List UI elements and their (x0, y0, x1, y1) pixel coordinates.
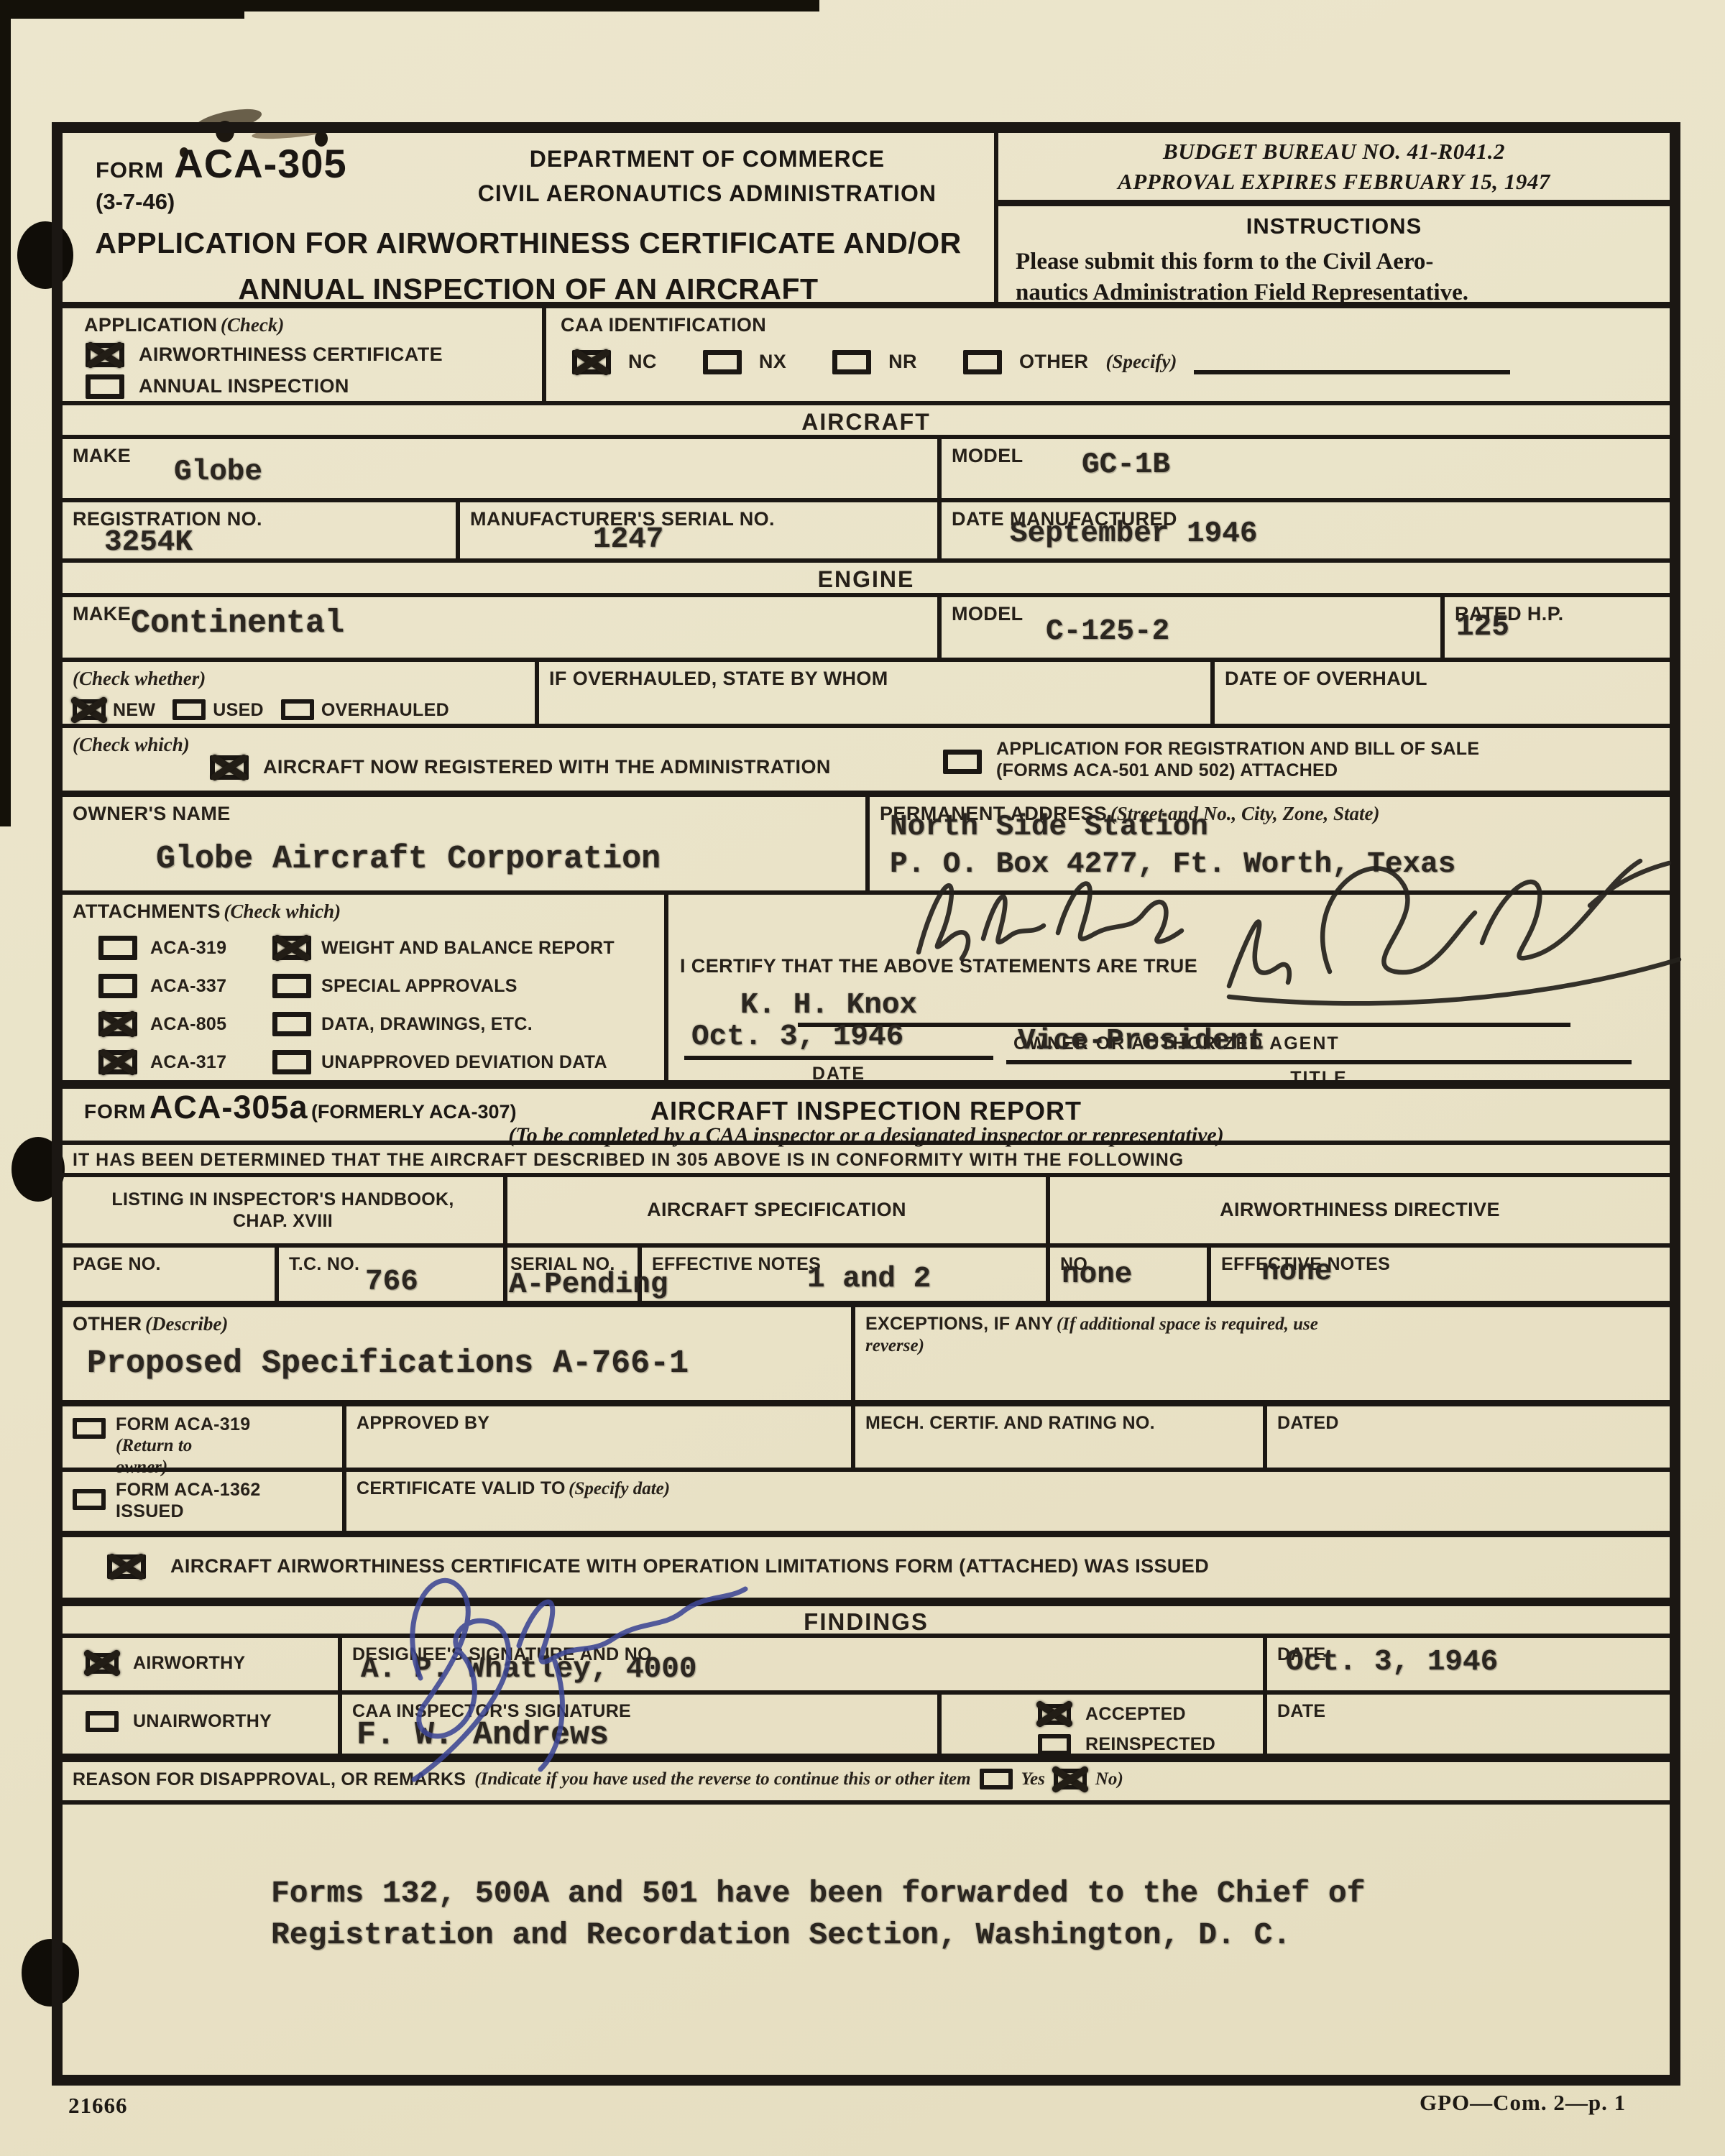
inspector-row: UNAIRWORTHY CAA INSPECTOR'S SIGNATURE F.… (63, 1690, 1670, 1754)
aircraft-section-title: AIRCRAFT (63, 405, 1670, 435)
inspector-date-label: DATE (1277, 1701, 1325, 1721)
approved-by-cell: APPROVED BY (346, 1406, 855, 1468)
form-word: FORM (96, 157, 164, 183)
spec-notes-label: EFFECTIVE NOTES (652, 1254, 821, 1274)
reverse-no-checkbox[interactable] (1054, 1769, 1087, 1789)
date-manufactured-value: September 1946 (1010, 518, 1257, 551)
aircraft-make-model-row: MAKE Globe MODEL GC-1B (63, 435, 1670, 498)
unairworthy-label: UNAIRWORTHY (133, 1710, 272, 1732)
caa-nx-checkbox[interactable] (703, 350, 742, 374)
tc-no-value: 766 (365, 1266, 418, 1299)
designee-row: AIRWORTHY DESIGNEE'S SIGNATURE AND NO. A… (63, 1634, 1670, 1690)
aircraft-model-cell: MODEL GC-1B (942, 439, 1670, 498)
engine-new-checkbox[interactable] (73, 699, 106, 720)
engine-make-value: Continental (131, 606, 344, 642)
aircraft-spec-header-cell: AIRCRAFT SPECIFICATION (507, 1177, 1050, 1243)
aircraft-make-value: Globe (174, 456, 262, 489)
certify-date-value: Oct. 3, 1946 (691, 1021, 903, 1054)
reverse-yes-label: Yes (1021, 1769, 1045, 1790)
overhauled-by-cell: IF OVERHAULED, STATE BY WHOM (539, 662, 1215, 724)
department-heading: DEPARTMENT OF COMMERCE CIVIL AERONAUTICS… (478, 142, 937, 211)
engine-overhauled-checkbox[interactable] (281, 699, 314, 720)
instructions-title: INSTRUCTIONS (998, 213, 1670, 239)
aca-317-label: ACA-317 (150, 1051, 272, 1073)
conformity-statement: IT HAS BEEN DETERMINED THAT THE AIRCRAFT… (73, 1150, 1184, 1170)
conformity-row: IT HAS BEEN DETERMINED THAT THE AIRCRAFT… (63, 1141, 1670, 1173)
mech-certif-label: MECH. CERTIF. AND RATING NO. (865, 1413, 1155, 1433)
other-label: OTHER (73, 1313, 142, 1335)
engine-condition-cell: (Check whether) NEW USED OVERHAULED (63, 662, 539, 724)
airworthy-cell: AIRWORTHY (63, 1638, 342, 1690)
designee-date-value: Oct. 3, 1946 (1286, 1646, 1498, 1680)
serial-value: 1247 (593, 524, 663, 557)
owner-row: OWNER'S NAME Globe Aircraft Corporation … (63, 791, 1670, 890)
form-aca319-label: FORM ACA-319 (Return to owner) (116, 1414, 250, 1462)
airworthy-label: AIRWORTHY (133, 1652, 245, 1674)
spec-header-row: LISTING IN INSPECTOR'S HANDBOOK, CHAP. X… (63, 1173, 1670, 1243)
engine-section-title: ENGINE (63, 563, 1670, 593)
form-title: APPLICATION FOR AIRWORTHINESS CERTIFICAT… (63, 221, 994, 312)
check-whether-label: (Check whether) (73, 668, 206, 689)
aca-337-checkbox[interactable] (98, 974, 137, 998)
annual-inspection-label: ANNUAL INSPECTION (139, 375, 349, 398)
registered-checkbox[interactable] (210, 755, 249, 780)
attachments-paren: (Check which) (224, 900, 341, 922)
caa-nr-checkbox[interactable] (832, 350, 871, 374)
inspector-signature-value: F. W. Andrews (356, 1718, 609, 1754)
ad-notes-value: none (1261, 1256, 1332, 1289)
unairworthy-checkbox[interactable] (86, 1711, 119, 1732)
form-aca-305: FORM ACA-305 (3-7-46) DEPARTMENT OF COMM… (52, 122, 1680, 2086)
check-which-label: (Check which) (73, 734, 190, 755)
airworthiness-certificate-checkbox[interactable] (86, 343, 124, 367)
owner-address-line1: North Side Station (890, 811, 1208, 844)
airworthiness-directive-header-cell: AIRWORTHINESS DIRECTIVE (1050, 1177, 1670, 1243)
engine-condition-row: (Check whether) NEW USED OVERHAULED IF O… (63, 658, 1670, 724)
registration-status-cell: (Check which) AIRCRAFT NOW REGISTERED WI… (63, 728, 1670, 791)
annual-inspection-checkbox[interactable] (86, 374, 124, 399)
reason-label: REASON FOR DISAPPROVAL, OR REMARKS (73, 1769, 466, 1790)
application-cell: APPLICATION (Check) AIRWORTHINESS CERTIF… (63, 308, 546, 401)
weight-balance-label: WEIGHT AND BALANCE REPORT (321, 937, 615, 959)
aca319-form-cell: FORM ACA-319 (Return to owner) (63, 1406, 346, 1468)
engine-model-value: C-125-2 (1046, 616, 1169, 649)
reason-paren: (Indicate if you have used the reverse t… (474, 1769, 970, 1790)
engine-overhauled-label: OVERHAULED (321, 699, 449, 721)
certificate-valid-paren: (Specify date) (569, 1479, 670, 1498)
instructions-box: INSTRUCTIONS Please submit this form to … (998, 213, 1670, 308)
attachments-label: ATTACHMENTS (73, 900, 221, 922)
aircraft-model-label: MODEL (952, 445, 1023, 466)
scanned-document: { "page": {"footer_left": "21666", "foot… (0, 0, 1725, 2156)
caa-nc-checkbox[interactable] (572, 350, 611, 374)
certify-title-value: Vice-President (1018, 1025, 1265, 1058)
form-aca1362-row: FORM ACA-1362 ISSUED CERTIFICATE VALID T… (63, 1468, 1670, 1531)
caa-nr-label: NR (888, 351, 917, 374)
certify-date-field: Oct. 3, 1946 DATE (684, 1021, 993, 1084)
accepted-label: ACCEPTED (1085, 1703, 1186, 1725)
form-revision: (3-7-46) (96, 189, 347, 215)
data-drawings-label: DATA, DRAWINGS, ETC. (321, 1013, 533, 1035)
aircraft-model-value: GC-1B (1082, 449, 1170, 482)
engine-model-cell: MODEL C-125-2 (942, 597, 1445, 658)
caa-other-checkbox[interactable] (963, 350, 1002, 374)
engine-hp-cell: RATED H.P. 125 (1445, 597, 1670, 658)
designee-signature-value: A. P. Whatley, 4000 (361, 1654, 696, 1687)
data-drawings-checkbox[interactable] (272, 1012, 311, 1036)
form-aca1362-label: FORM ACA-1362 ISSUED (116, 1479, 261, 1525)
spec-notes-value: 1 and 2 (807, 1263, 931, 1296)
engine-make-cell: MAKE Continental (63, 597, 942, 658)
exceptions-label: EXCEPTIONS, IF ANY (865, 1314, 1053, 1334)
certify-cell: I CERTIFY THAT THE ABOVE STATEMENTS ARE … (668, 895, 1670, 1080)
dated-label: DATED (1277, 1413, 1339, 1433)
overhaul-date-cell: DATE OF OVERHAUL (1215, 662, 1670, 724)
budget-bureau-box: BUDGET BUREAU NO. 41-R041.2 APPROVAL EXP… (998, 133, 1670, 206)
reinspected-label: REINSPECTED (1085, 1733, 1215, 1755)
footer-gpo: GPO—Com. 2—p. 1 (1420, 2090, 1626, 2116)
engine-band: ENGINE (63, 558, 1670, 593)
mech-certif-cell: MECH. CERTIF. AND RATING NO. (855, 1406, 1267, 1468)
other-cell: OTHER (Describe) Proposed Specifications… (63, 1307, 855, 1400)
weight-balance-checkbox[interactable] (272, 936, 311, 960)
form-header-row: FORM ACA-305 (3-7-46) DEPARTMENT OF COMM… (63, 133, 1670, 302)
registration-value: 3254K (104, 527, 193, 560)
scan-edge-left (0, 0, 11, 826)
spec-serial-value: A-Pending (509, 1269, 668, 1302)
engine-model-label: MODEL (952, 603, 1023, 625)
certificate-issued-checkbox[interactable] (107, 1554, 146, 1579)
remarks-line1: Forms 132, 500A and 501 have been forwar… (271, 1876, 1670, 1911)
approved-by-label: APPROVED BY (356, 1413, 489, 1433)
inspection-title: AIRCRAFT INSPECTION REPORT (63, 1096, 1670, 1126)
remarks-area: Forms 132, 500A and 501 have been forwar… (63, 1800, 1670, 2075)
aca-319-label: ACA-319 (150, 937, 272, 959)
special-approvals-checkbox[interactable] (272, 974, 311, 998)
findings-title: FINDINGS (63, 1606, 1670, 1634)
reinspected-checkbox[interactable] (1038, 1734, 1071, 1755)
reverse-no-label: No (1095, 1769, 1118, 1789)
aircraft-band: AIRCRAFT (63, 401, 1670, 435)
header-left: FORM ACA-305 (3-7-46) DEPARTMENT OF COMM… (63, 133, 994, 302)
caa-identification-label: CAA IDENTIFICATION (561, 314, 766, 336)
airworthiness-certificate-label: AIRWORTHINESS CERTIFICATE (139, 344, 443, 367)
form-id: FORM ACA-305 (3-7-46) (96, 146, 347, 215)
aca-805-label: ACA-805 (150, 1013, 272, 1035)
aca1362-form-cell: FORM ACA-1362 ISSUED (63, 1472, 346, 1531)
caa-nx-label: NX (759, 351, 786, 374)
page-no-cell: PAGE NO. (63, 1248, 279, 1301)
inspection-header-row: FORM ACA-305a (FORMERLY ACA-307) AIRCRAF… (63, 1080, 1670, 1141)
designee-date-cell: DATE Oct. 3, 1946 (1267, 1638, 1670, 1690)
aircraft-make-cell: MAKE Globe (63, 439, 942, 498)
engine-new-label: NEW (113, 699, 155, 721)
remarks-line2: Registration and Recordation Section, Wa… (271, 1918, 1670, 1953)
aca-317-checkbox[interactable] (98, 1050, 137, 1074)
instructions-text: Please submit this form to the Civil Aer… (1016, 247, 1670, 308)
owner-name-label: OWNER'S NAME (73, 803, 231, 824)
reason-row: REASON FOR DISAPPROVAL, OR REMARKS (Indi… (63, 1754, 1670, 1800)
caa-other-label: OTHER (1019, 351, 1089, 374)
inspection-header-cell: FORM ACA-305a (FORMERLY ACA-307) AIRCRAF… (63, 1089, 1670, 1141)
engine-hp-value: 125 (1456, 612, 1509, 645)
unapproved-deviation-checkbox[interactable] (272, 1050, 311, 1074)
inspector-signature-cell: CAA INSPECTOR'S SIGNATURE F. W. Andrews (342, 1695, 942, 1754)
engine-make-label: MAKE (73, 603, 131, 625)
tc-no-label: T.C. NO. (289, 1254, 359, 1274)
certificate-issued-label: AIRCRAFT AIRWORTHINESS CERTIFICATE WITH … (170, 1555, 1209, 1578)
overhaul-date-label: DATE OF OVERHAUL (1225, 668, 1427, 689)
dated-cell: DATED (1267, 1406, 1670, 1468)
tc-no-cell: T.C. NO. 766 (279, 1248, 507, 1301)
aircraft-make-label: MAKE (73, 445, 131, 466)
unapproved-deviation-label: UNAPPROVED DEVIATION DATA (321, 1051, 607, 1073)
application-row: APPLICATION (Check) AIRWORTHINESS CERTIF… (63, 302, 1670, 401)
certify-statement: I CERTIFY THAT THE ABOVE STATEMENTS ARE … (680, 955, 1197, 978)
caa-nc-label: NC (628, 351, 657, 374)
listing-header-cell: LISTING IN INSPECTOR'S HANDBOOK, CHAP. X… (63, 1177, 507, 1243)
attachments-cell: ATTACHMENTS (Check which) ACA-319 WEIGHT… (63, 895, 668, 1080)
aca-805-checkbox[interactable] (98, 1012, 137, 1036)
ad-notes-cell: EFFECTIVE NOTES none (1211, 1248, 1670, 1301)
accepted-checkbox[interactable] (1038, 1704, 1071, 1725)
designee-signature-cell: DESIGNEE'S SIGNATURE AND NO. A. P. Whatl… (342, 1638, 1267, 1690)
ad-no-cell: NO. none (1050, 1248, 1211, 1301)
form-aca319-row: FORM ACA-319 (Return to owner) APPROVED … (63, 1400, 1670, 1468)
other-exceptions-row: OTHER (Describe) Proposed Specifications… (63, 1301, 1670, 1400)
certificate-issued-row: AIRCRAFT AIRWORTHINESS CERTIFICATE WITH … (63, 1531, 1670, 1598)
form-number: ACA-305 (174, 146, 346, 182)
registered-label: AIRCRAFT NOW REGISTERED WITH THE ADMINIS… (263, 756, 831, 779)
exceptions-cell: EXCEPTIONS, IF ANY (If additional space … (855, 1307, 1670, 1400)
aca-337-label: ACA-337 (150, 975, 272, 997)
certificate-valid-cell: CERTIFICATE VALID TO (Specify date) (346, 1472, 1670, 1531)
ad-no-value: none (1062, 1259, 1132, 1292)
form-aca1362-checkbox[interactable] (73, 1489, 106, 1510)
reverse-yes-checkbox[interactable] (980, 1769, 1013, 1789)
serial-cell: MANUFACTURER'S SERIAL NO. 1247 (460, 502, 942, 558)
registration-status-row: (Check which) AIRCRAFT NOW REGISTERED WI… (63, 724, 1670, 791)
overhauled-by-label: IF OVERHAULED, STATE BY WHOM (549, 668, 888, 689)
spec-notes-cell: EFFECTIVE NOTES 1 and 2 (642, 1248, 1050, 1301)
certificate-valid-label: CERTIFICATE VALID TO (356, 1478, 566, 1498)
bill-of-sale-label: APPLICATION FOR REGISTRATION AND BILL OF… (996, 738, 1479, 781)
engine-used-label: USED (213, 699, 264, 721)
findings-band: FINDINGS (63, 1598, 1670, 1634)
accepted-cell: ACCEPTED REINSPECTED (942, 1695, 1267, 1754)
other-value: Proposed Specifications A-766-1 (87, 1346, 841, 1382)
caa-other-specify: (Specify) (1105, 351, 1177, 374)
special-approvals-label: SPECIAL APPROVALS (321, 975, 517, 997)
scan-edge-top-left (0, 0, 244, 19)
spec-serial-cell: SERIAL NO. A-Pending (507, 1248, 642, 1301)
inspector-date-cell: DATE (1267, 1695, 1670, 1754)
header-right: BUDGET BUREAU NO. 41-R041.2 APPROVAL EXP… (994, 133, 1670, 302)
owner-name-cell: OWNER'S NAME Globe Aircraft Corporation (63, 797, 870, 890)
aircraft-registration-row: REGISTRATION NO. 3254K MANUFACTURER'S SE… (63, 498, 1670, 558)
page-no-label: PAGE NO. (73, 1254, 161, 1274)
engine-make-row: MAKE Continental MODEL C-125-2 RATED H.P… (63, 593, 1670, 658)
bill-of-sale-checkbox[interactable] (943, 750, 982, 774)
aca-319-checkbox[interactable] (98, 936, 137, 960)
unairworthy-cell: UNAIRWORTHY (63, 1695, 342, 1754)
caa-identification-cell: CAA IDENTIFICATION NC NX NR OTHER (Speci… (546, 308, 1670, 401)
spec-values-row: PAGE NO. T.C. NO. 766 SERIAL NO. A-Pendi… (63, 1243, 1670, 1301)
registration-cell: REGISTRATION NO. 3254K (63, 502, 460, 558)
airworthy-checkbox[interactable] (86, 1653, 119, 1674)
caa-other-specify-line[interactable] (1194, 350, 1510, 374)
footer-serial: 21666 (68, 2093, 128, 2119)
owner-name-value: Globe Aircraft Corporation (156, 842, 661, 877)
form-aca319-checkbox[interactable] (73, 1418, 106, 1439)
owner-address-cell: PERMANENT ADDRESS (Street and No., City,… (870, 797, 1670, 890)
attachments-certify-row: ATTACHMENTS (Check which) ACA-319 WEIGHT… (63, 890, 1670, 1080)
engine-used-checkbox[interactable] (172, 699, 206, 720)
other-paren: (Describe) (145, 1313, 228, 1335)
owner-address-line2: P. O. Box 4277, Ft. Worth, Texas (890, 849, 1455, 882)
date-manufactured-cell: DATE MANUFACTURED September 1946 (942, 502, 1670, 558)
